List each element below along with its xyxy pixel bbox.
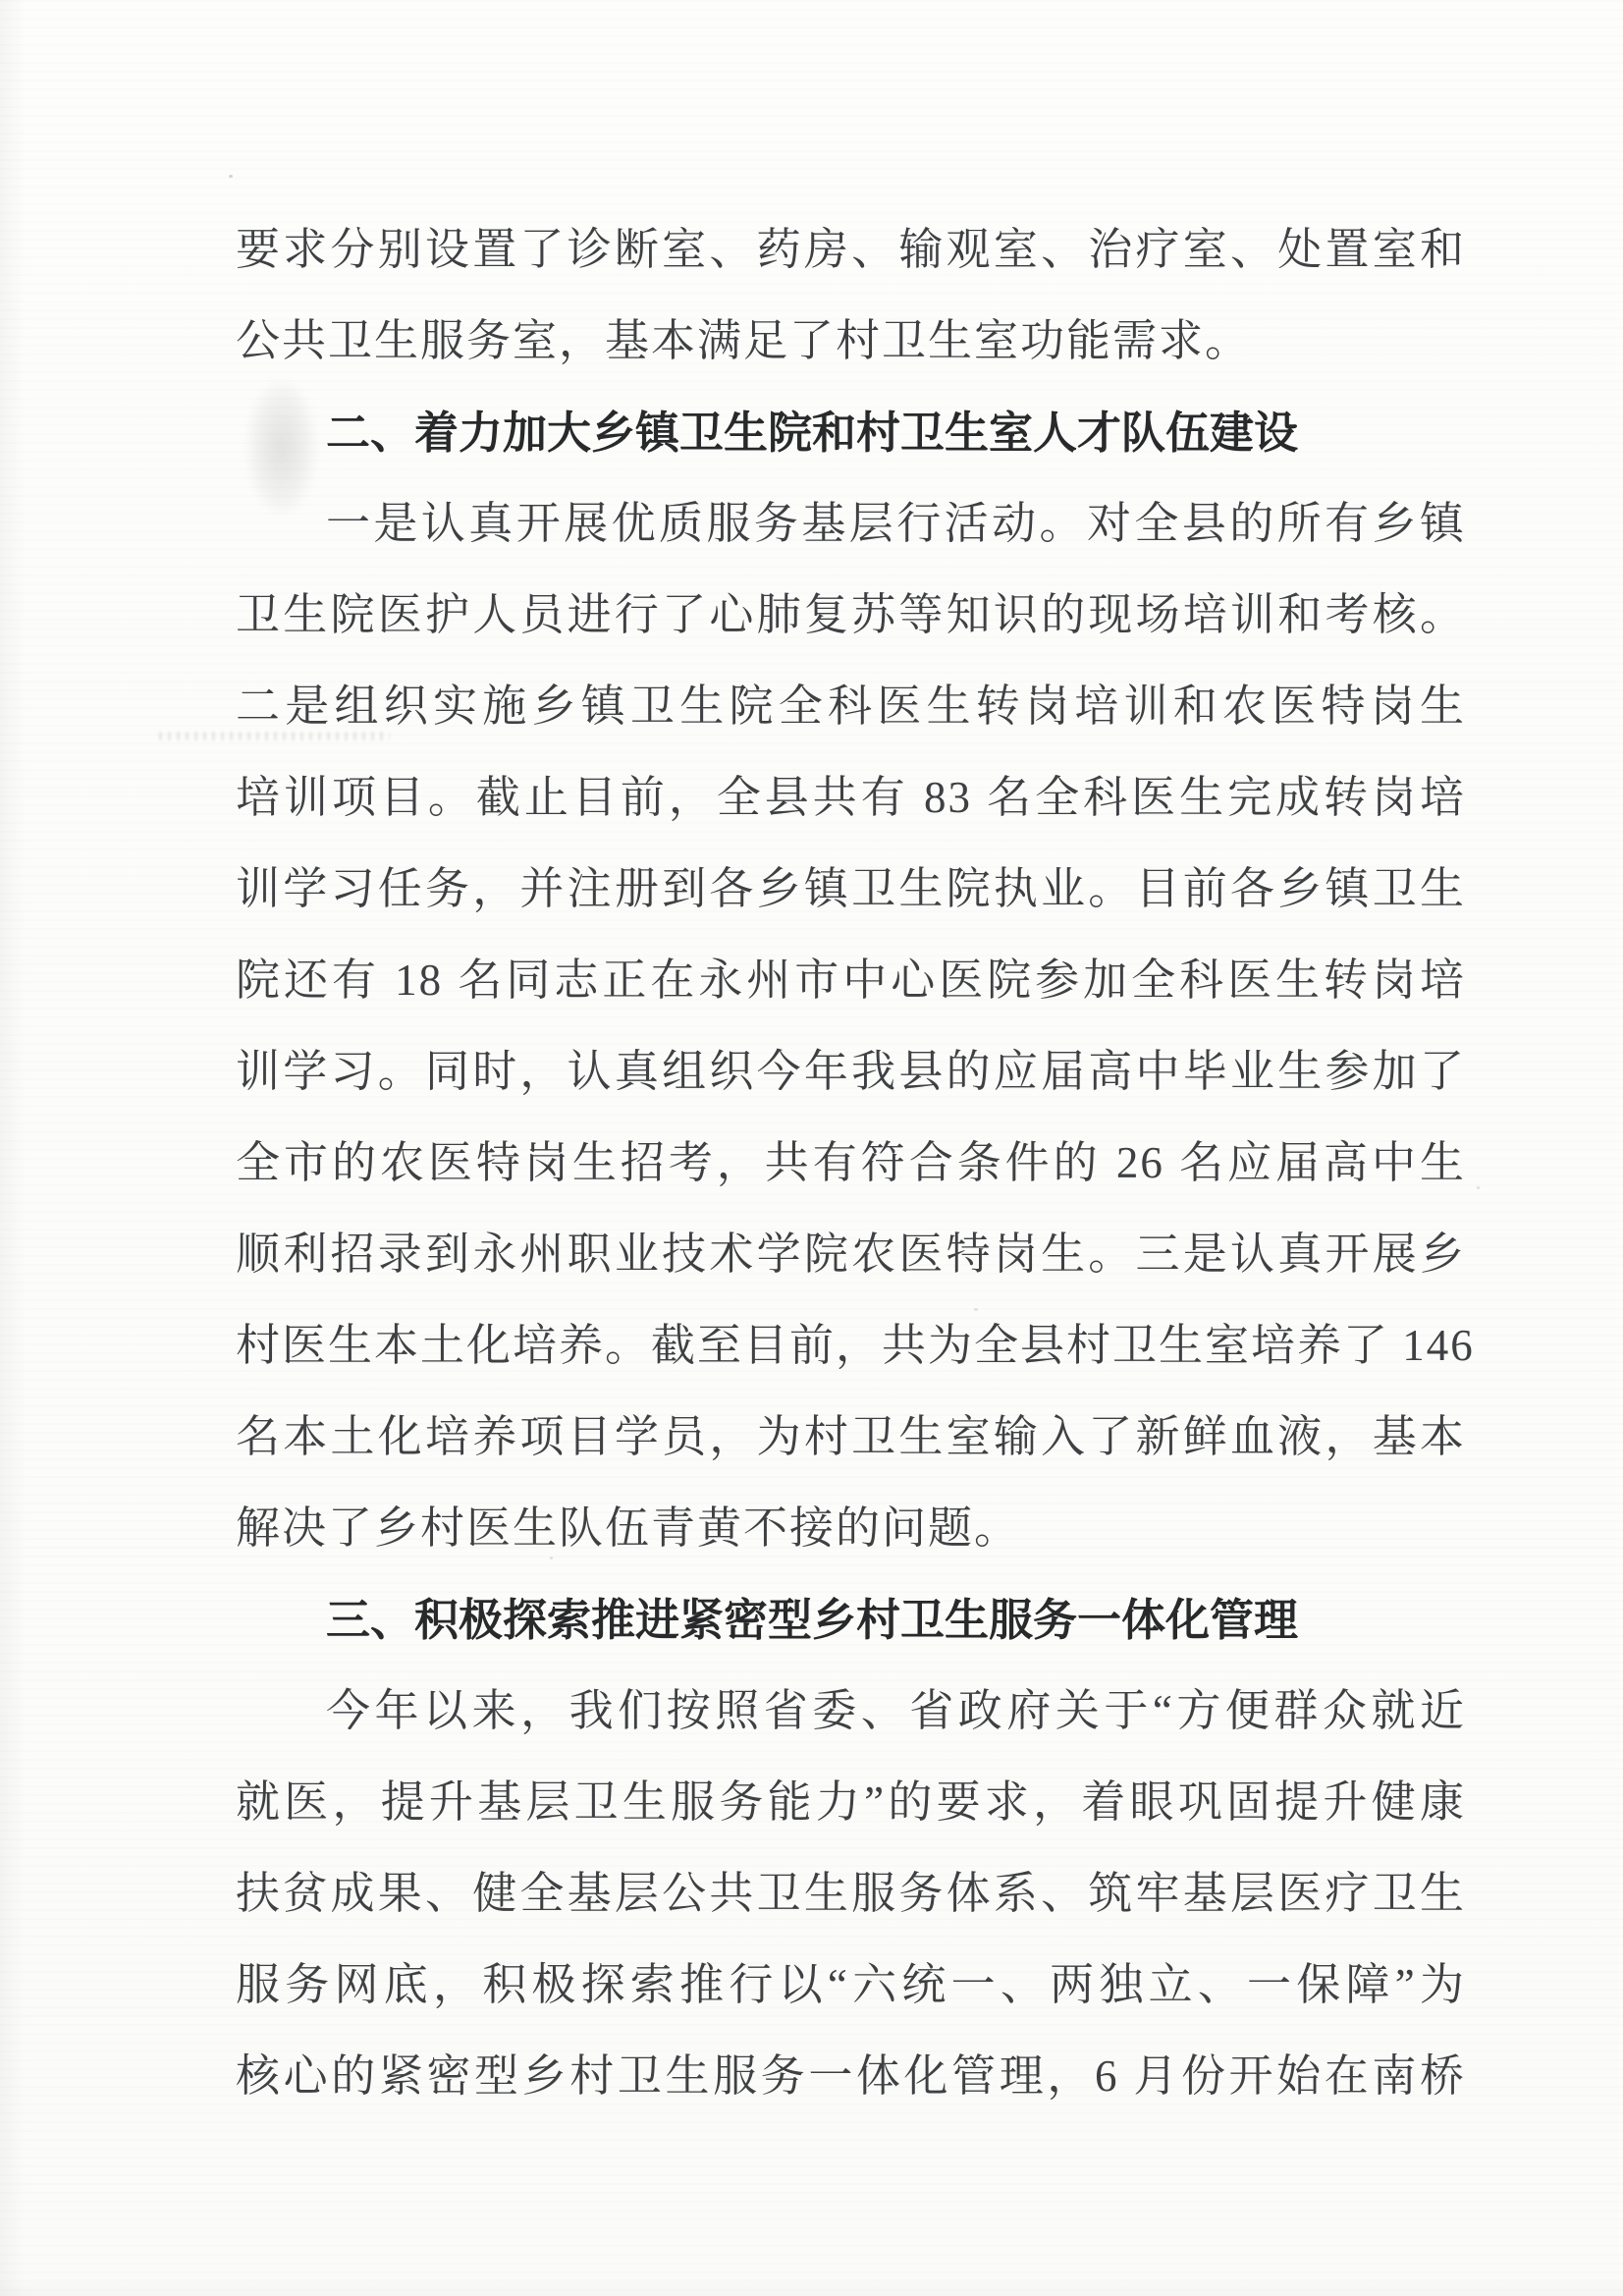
text-line: 服务网底，积极探索推行以“六统一、两独立、一保障”为 <box>236 1940 1466 2031</box>
text-line: 全市的农医特岗生招考，共有符合条件的 26 名应届高中生 <box>236 1118 1466 1209</box>
text-line: 训学习任务，并注册到各乡镇卫生院执业。目前各乡镇卫生 <box>236 844 1466 935</box>
scan-speck-artifact <box>229 175 233 178</box>
section-heading-2: 二、着力加大乡镇卫生院和村卫生室人才队伍建设 <box>236 387 1466 478</box>
scan-speck-artifact <box>1477 1186 1480 1189</box>
left-edge-shade <box>0 0 26 2296</box>
text-line: 卫生院医护人员进行了心肺复苏等知识的现场培训和考核。 <box>236 570 1466 661</box>
text-line: 训学习。同时，认真组织今年我县的应届高中毕业生参加了 <box>236 1026 1466 1118</box>
text-line: 要求分别设置了诊断室、药房、输观室、治疗室、处置室和 <box>236 204 1466 296</box>
text-line: 二是组织实施乡镇卫生院全科医生转岗培训和农医特岗生 <box>236 661 1466 752</box>
section-heading-3: 三、积极探索推进紧密型乡村卫生服务一体化管理 <box>236 1574 1466 1666</box>
text-line: 今年以来，我们按照省委、省政府关于“方便群众就近 <box>236 1666 1466 1757</box>
text-line: 就医，提升基层卫生服务能力”的要求，着眼巩固提升健康 <box>236 1757 1466 1848</box>
text-line: 核心的紧密型乡村卫生服务一体化管理，6 月份开始在南桥 <box>236 2031 1466 2122</box>
text-line: 公共卫生服务室，基本满足了村卫生室功能需求。 <box>236 296 1466 387</box>
text-line: 扶贫成果、健全基层公共卫生服务体系、筑牢基层医疗卫生 <box>236 1848 1466 1940</box>
text-line: 村医生本土化培养。截至目前，共为全县村卫生室培养了 146 <box>236 1300 1466 1392</box>
text-line: 解决了乡村医生队伍青黄不接的问题。 <box>236 1483 1466 1574</box>
document-page: 要求分别设置了诊断室、药房、输观室、治疗室、处置室和 公共卫生服务室，基本满足了… <box>0 0 1623 2296</box>
bottom-edge-shade <box>0 2278 1623 2296</box>
text-line: 顺利招录到永州职业技术学院农医特岗生。三是认真开展乡 <box>236 1209 1466 1300</box>
document-text-block: 要求分别设置了诊断室、药房、输观室、治疗室、处置室和 公共卫生服务室，基本满足了… <box>236 204 1466 2122</box>
text-line: 一是认真开展优质服务基层行活动。对全县的所有乡镇 <box>236 478 1466 570</box>
text-line: 院还有 18 名同志正在永州市中心医院参加全科医生转岗培 <box>236 935 1466 1026</box>
text-line: 名本土化培养项目学员，为村卫生室输入了新鲜血液，基本 <box>236 1392 1466 1483</box>
text-line: 培训项目。截止目前，全县共有 83 名全科医生完成转岗培 <box>236 752 1466 844</box>
